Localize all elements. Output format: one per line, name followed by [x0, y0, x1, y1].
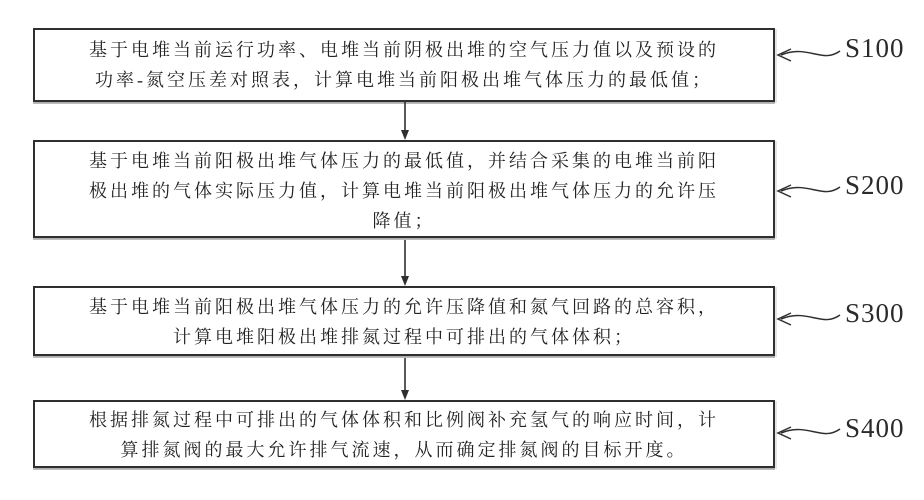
- leader-arrow-icon: [774, 306, 842, 332]
- step-text-line: 基于电堆当前运行功率、电堆当前阴极出堆的空气压力值以及预设的: [35, 35, 773, 65]
- step-text-line: 极出堆的气体实际压力值，计算电堆当前阳极出堆气体压力的允许压: [35, 176, 773, 206]
- step-text-line: 算排氮阀的最大允许排气流速，从而确定排氮阀的目标开度。: [35, 435, 773, 465]
- step-box-s300: 基于电堆当前阳极出堆气体压力的允许压降值和氮气回路的总容积， 计算电堆阳极出堆排…: [33, 286, 775, 356]
- leader-arrow-icon: [774, 420, 842, 446]
- step-text-line: 计算电堆阳极出堆排氮过程中可排出的气体体积；: [35, 322, 773, 352]
- step-text-line: 根据排氮过程中可排出的气体体积和比例阀补充氢气的响应时间，计: [35, 405, 773, 435]
- leader-arrow-icon: [774, 42, 842, 68]
- step-box-s100: 基于电堆当前运行功率、电堆当前阴极出堆的空气压力值以及预设的 功率-氮空压差对照…: [33, 28, 775, 102]
- step-box-s200: 基于电堆当前阳极出堆气体压力的最低值，并结合采集的电堆当前阳 极出堆的气体实际压…: [33, 140, 775, 238]
- step-text-line: 基于电堆当前阳极出堆气体压力的允许压降值和氮气回路的总容积，: [35, 292, 773, 322]
- step-label-s200: S200: [845, 170, 920, 200]
- flow-down-arrow-icon: [398, 240, 412, 286]
- step-text-line: 功率-氮空压差对照表，计算电堆当前阳极出堆气体压力的最低值；: [35, 65, 773, 95]
- leader-arrow-icon: [774, 178, 842, 204]
- step-label-s300: S300: [845, 298, 920, 328]
- step-text-line: 降值；: [35, 206, 773, 236]
- step-box-s400: 根据排氮过程中可排出的气体体积和比例阀补充氢气的响应时间，计 算排氮阀的最大允许…: [33, 400, 775, 468]
- step-label-s100: S100: [845, 33, 920, 63]
- step-text-line: 基于电堆当前阳极出堆气体压力的最低值，并结合采集的电堆当前阳: [35, 146, 773, 176]
- flow-down-arrow-icon: [398, 102, 412, 140]
- flowchart-figure: 基于电堆当前运行功率、电堆当前阴极出堆的空气压力值以及预设的 功率-氮空压差对照…: [0, 0, 924, 500]
- step-label-s400: S400: [845, 413, 920, 443]
- flow-down-arrow-icon: [398, 358, 412, 400]
